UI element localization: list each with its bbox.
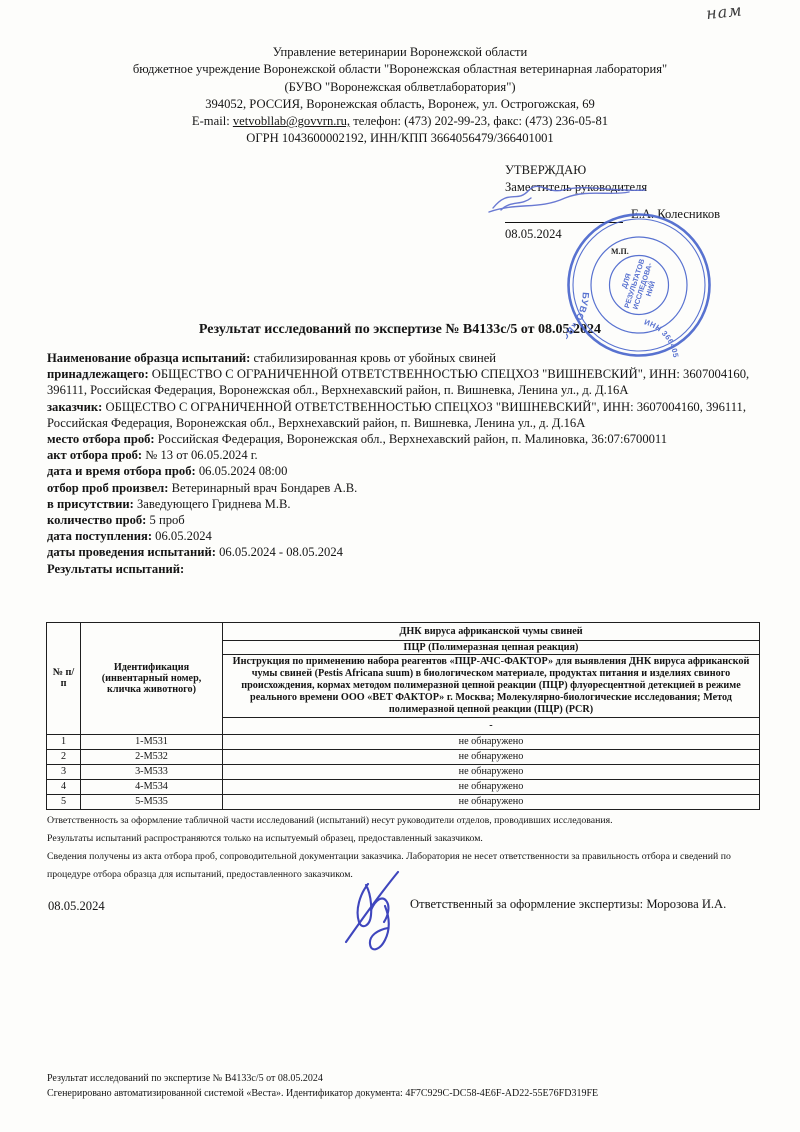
note-line: Результаты испытаний распространяются то…: [47, 830, 765, 848]
row-id: 3-М533: [81, 764, 223, 779]
handwritten-note: нам: [705, 0, 787, 23]
field-sampler: отбор проб произвел: Ветеринарный врач Б…: [47, 480, 765, 496]
row-num: 5: [47, 794, 81, 809]
org-contacts: E-mail: vetvobllab@govvrn.ru, телефон: (…: [40, 113, 760, 130]
field-sampling-act: акт отбора проб: № 13 от 06.05.2024 г.: [47, 447, 765, 463]
table-row: 2 2-М532 не обнаружено: [47, 749, 760, 764]
approver-signature-icon: [487, 178, 652, 220]
org-name-line3: (БУВО "Воронежская облветлаборатория"): [40, 79, 760, 96]
footer-line2: Сгенерировано автоматизированной системо…: [47, 1087, 765, 1102]
field-receipt-date: дата поступления: 06.05.2024: [47, 528, 765, 544]
footer-line1: Результат исследований по экспертизе № В…: [47, 1072, 765, 1087]
col-num-header: № п/п: [47, 623, 81, 735]
field-witness: в присутствии: Заведующего Гриднева М.В.: [47, 496, 765, 512]
field-owner: принадлежащего: ОБЩЕСТВО С ОГРАНИЧЕННОЙ …: [47, 366, 765, 398]
col-id-header: Идентификация (инвентарный номер, кличка…: [81, 623, 223, 735]
sample-fields: Наименование образца испытаний: стабилиз…: [47, 350, 765, 577]
row-id: 2-М532: [81, 749, 223, 764]
table-row: 4 4-М534 не обнаружено: [47, 779, 760, 794]
org-name-line1: Управление ветеринарии Воронежской облас…: [40, 44, 760, 61]
results-heading: Результаты испытаний:: [47, 561, 765, 577]
row-result: не обнаружено: [223, 749, 760, 764]
org-letterhead: Управление ветеринарии Воронежской облас…: [40, 44, 760, 148]
responsible-signature-icon: [338, 866, 420, 958]
approve-label: УТВЕРЖДАЮ: [505, 162, 755, 179]
email-label: E-mail:: [192, 114, 233, 128]
note-line: Ответственность за оформление табличной …: [47, 812, 765, 830]
row-result: не обнаружено: [223, 764, 760, 779]
org-address: 394052, РОССИЯ, Воронежская область, Вор…: [40, 96, 760, 113]
unit-cell: -: [223, 717, 760, 734]
table-row: 5 5-М535 не обнаружено: [47, 794, 760, 809]
method-cell: ПЦР (Полимеразная цепная реакция): [223, 641, 760, 655]
row-num: 1: [47, 734, 81, 749]
field-sampling-datetime: дата и время отбора проб: 06.05.2024 08:…: [47, 463, 765, 479]
field-sample-count: количество проб: 5 проб: [47, 512, 765, 528]
stamp-place-label: М.П.: [611, 247, 629, 256]
row-result: не обнаружено: [223, 794, 760, 809]
document-page: { "page": { "handwritten_mark": "нам" },…: [0, 0, 800, 1132]
results-table: № п/п Идентификация (инвентарный номер, …: [46, 622, 760, 810]
row-num: 4: [47, 779, 81, 794]
field-sampling-place: место отбора проб: Российская Федерация,…: [47, 431, 765, 447]
phone-fax: телефон: (473) 202-99-23, факс: (473) 23…: [350, 114, 608, 128]
row-id: 1-М531: [81, 734, 223, 749]
test-name-cell: ДНК вируса африканской чумы свиней: [223, 623, 760, 641]
stamp-center-text: ДЛЯ РЕЗУЛЬТАТОВ ИССЛЕДОВА- НИЙ: [614, 255, 663, 314]
row-result: не обнаружено: [223, 779, 760, 794]
row-id: 4-М534: [81, 779, 223, 794]
table-row: 1 1-М531 не обнаружено: [47, 734, 760, 749]
laboratory-stamp: БУВО «ВОРОНЕЖСКАЯ ОБЛВЕТЛАБОРАТОРИЯ» ИНН…: [566, 212, 712, 358]
responsible-line: Ответственный за оформление экспертизы: …: [410, 897, 726, 912]
row-num: 3: [47, 764, 81, 779]
doc-footer: Результат исследований по экспертизе № В…: [47, 1072, 765, 1101]
org-ogrn-inn: ОГРН 1043600002192, ИНН/КПП 3664056479/3…: [40, 130, 760, 147]
org-name-line2: бюджетное учреждение Воронежской области…: [40, 61, 760, 78]
row-num: 2: [47, 749, 81, 764]
field-test-dates: даты проведения испытаний: 06.05.2024 - …: [47, 544, 765, 560]
signoff-date: 08.05.2024: [48, 899, 105, 914]
row-result: не обнаружено: [223, 734, 760, 749]
row-id: 5-М535: [81, 794, 223, 809]
method-detail-cell: Инструкция по применению набора реагенто…: [223, 655, 760, 718]
email-link: vetvobllab@govvrn.ru,: [233, 114, 350, 128]
field-customer: заказчик: ОБЩЕСТВО С ОГРАНИЧЕННОЙ ОТВЕТС…: [47, 399, 765, 431]
table-row: 3 3-М533 не обнаружено: [47, 764, 760, 779]
